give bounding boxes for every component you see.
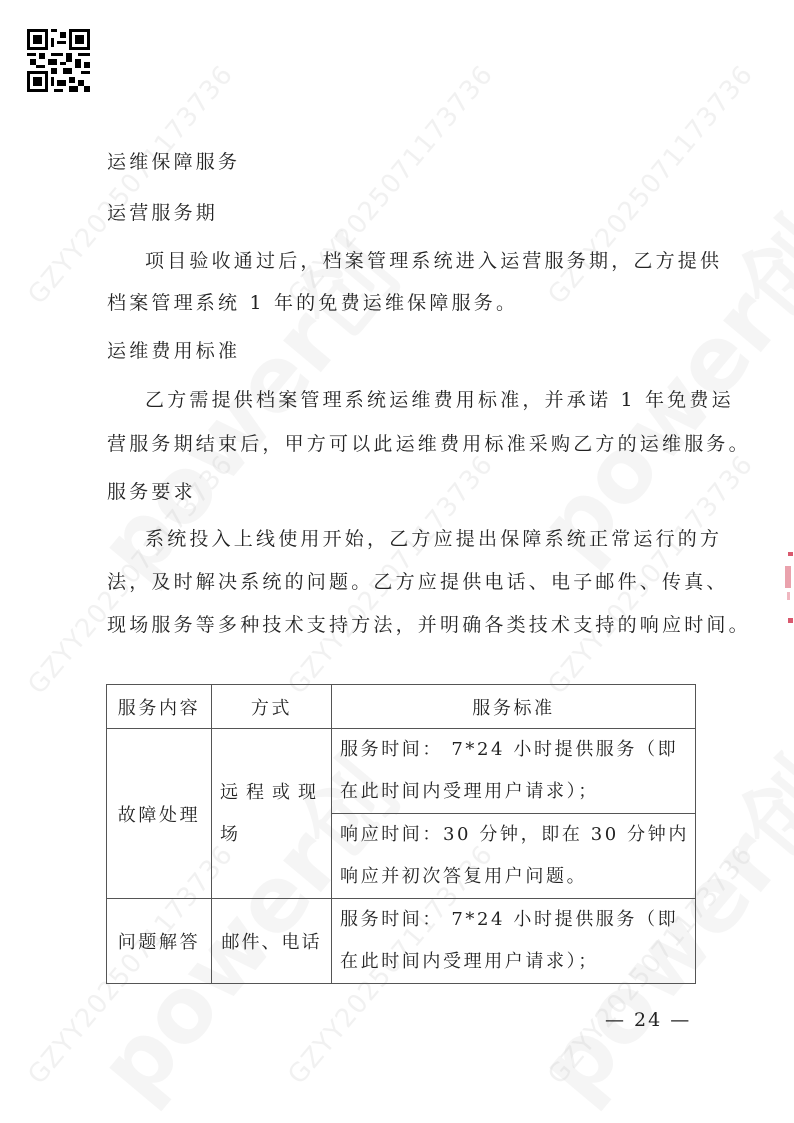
table-header-row: 服务内容 方式 服务标准 bbox=[107, 685, 696, 729]
table-cell-standard: 响应时间：30 分钟，即在 30 分钟内 响应并初次答复用户问题。 bbox=[332, 814, 696, 899]
paragraph-line: 乙方需提供档案管理系统运维费用标准，并承诺 1 年免费运 bbox=[145, 388, 734, 412]
table-header-cell: 服务内容 bbox=[107, 685, 212, 729]
red-seal-icon bbox=[782, 550, 794, 630]
heading-service-requirements: 服务要求 bbox=[107, 480, 196, 504]
table-cell-content: 故障处理 bbox=[107, 729, 212, 899]
service-standards-table: 服务内容 方式 服务标准 故障处理 远程或现场 服务时间： 7*24 小时提供服… bbox=[106, 684, 696, 984]
standard-line: 服务时间： 7*24 小时提供服务（即 bbox=[340, 729, 689, 771]
page-number: — 24 — bbox=[605, 1009, 691, 1031]
table-cell-standard: 服务时间： 7*24 小时提供服务（即 在此时间内受理用户请求）； bbox=[332, 729, 696, 814]
table-row: 故障处理 远程或现场 服务时间： 7*24 小时提供服务（即 在此时间内受理用户… bbox=[107, 729, 696, 814]
standard-line: 在此时间内受理用户请求）； bbox=[340, 941, 689, 983]
standard-line: 服务时间： 7*24 小时提供服务（即 bbox=[340, 899, 689, 941]
paragraph-line: 项目验收通过后，档案管理系统进入运营服务期，乙方提供 bbox=[145, 249, 722, 273]
paragraph-line: 营服务期结束后，甲方可以此运维费用标准采购乙方的运维服务。 bbox=[107, 432, 751, 456]
standard-line: 响应并初次答复用户问题。 bbox=[340, 856, 689, 898]
table-cell-standard: 服务时间： 7*24 小时提供服务（即 在此时间内受理用户请求）； bbox=[332, 899, 696, 984]
paragraph-line: 系统投入上线使用开始，乙方应提出保障系统正常运行的方 bbox=[145, 527, 722, 551]
table-header-cell: 服务标准 bbox=[332, 685, 696, 729]
table-cell-mode: 邮件、电话 bbox=[212, 899, 332, 984]
table-cell-mode: 远程或现场 bbox=[212, 729, 332, 899]
qr-code-icon bbox=[27, 29, 90, 92]
heading-section: 运维保障服务 bbox=[107, 150, 240, 174]
table-row: 问题解答 邮件、电话 服务时间： 7*24 小时提供服务（即 在此时间内受理用户… bbox=[107, 899, 696, 984]
table-header-cell: 方式 bbox=[212, 685, 332, 729]
table-cell-content: 问题解答 bbox=[107, 899, 212, 984]
watermark-logo: power创 bbox=[503, 188, 794, 582]
standard-line: 在此时间内受理用户请求）； bbox=[340, 771, 689, 813]
standard-line: 响应时间：30 分钟，即在 30 分钟内 bbox=[340, 814, 689, 856]
paragraph-line: 档案管理系统 1 年的免费运维保障服务。 bbox=[107, 291, 518, 315]
paragraph-line: 现场服务等多种技术支持方法，并明确各类技术支持的响应时间。 bbox=[107, 613, 751, 637]
heading-fee-standard: 运维费用标准 bbox=[107, 339, 240, 363]
heading-operation-period: 运营服务期 bbox=[107, 201, 218, 225]
paragraph-line: 法，及时解决系统的问题。乙方应提供电话、电子邮件、传真、 bbox=[107, 570, 729, 594]
